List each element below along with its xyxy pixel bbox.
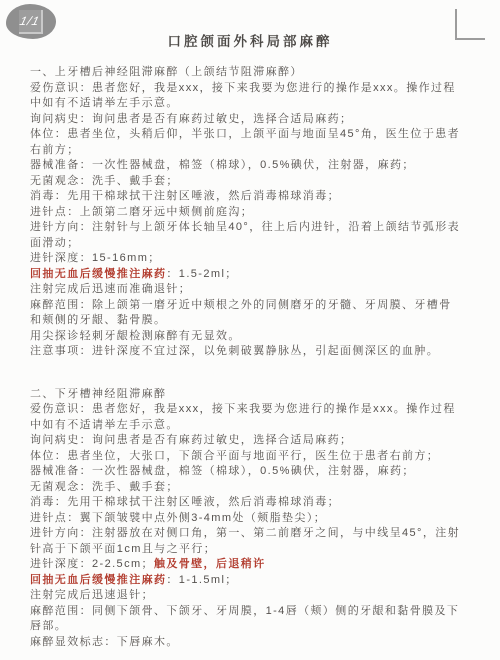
note-line: 回抽无血后缓慢推注麻药：1-1.5ml； — [30, 573, 478, 589]
note-line: 爱伤意识：患者您好，我是xxx，接下来我要为您进行的操作是xxx。操作过程 — [30, 402, 478, 418]
note-line: 中如有不适请举左手示意。 — [30, 418, 478, 434]
note-line: 麻醉显效标志：下唇麻木。 — [30, 635, 478, 651]
text-segment: 右前方； — [30, 144, 80, 156]
note-line: 面滑动； — [30, 236, 478, 252]
text-segment: 体位：患者坐位，头稍后仰，半张口，上颌平面与地面呈45°角，医生位于患者 — [30, 128, 460, 140]
text-segment: 进针点：翼下颌皱襞中点外侧3-4mm处（颊脂垫尖）； — [30, 512, 326, 524]
note-page: 1/1 口腔颌面外科局部麻醉 一、上牙槽后神经阻滞麻醉（上颌结节阻滞麻醉）爱伤意… — [0, 0, 500, 660]
note-line: 注射完成后迅速退针； — [30, 588, 478, 604]
note-line: 无菌观念：洗手、戴手套； — [30, 480, 478, 496]
highlight-text: 回抽无血后缓慢推注麻药 — [30, 574, 166, 586]
text-segment: 询问病史：询问患者是否有麻药过敏史，选择合适局麻药； — [30, 434, 352, 446]
note-line: 进针点：上颌第二磨牙远中颊侧前庭沟； — [30, 205, 478, 221]
note-line: 回抽无血后缓慢推注麻药：1.5-2ml； — [30, 267, 478, 283]
note-line: 进针点：翼下颌皱襞中点外侧3-4mm处（颊脂垫尖）； — [30, 511, 478, 527]
text-segment: 中如有不适请举左手示意。 — [30, 419, 179, 431]
note-line: 体位：患者坐位，大张口，下颌合平面与地面平行，医生位于患者右前方； — [30, 449, 478, 465]
note-line: 进针深度：15-16mm； — [30, 251, 478, 267]
text-segment: 进针方向：注射器放在对侧口角，第一、第二前磨牙之间，与中线呈45°，注射 — [30, 527, 460, 539]
text-segment: 注射完成后迅速退针； — [30, 589, 154, 601]
note-line: 进针方向：注射针与上颌牙体长轴呈40°，往上后内进针，沿着上颌结节弧形表 — [30, 220, 478, 236]
note-line: 唇部。 — [30, 619, 478, 635]
text-segment: 针高于下颌平面1cm且与之平行； — [30, 543, 216, 555]
text-segment: 麻醉范围：除上颌第一磨牙近中颊根之外的同侧磨牙的牙髓、牙周膜、牙槽骨 — [30, 299, 452, 311]
note-line: 用尖探诊轻刺牙龈检测麻醉有无显效。 — [30, 329, 478, 345]
note-line: 消毒：先用干棉球拭干注射区唾液，然后消毒棉球消毒； — [30, 495, 478, 511]
note-line: 针高于下颌平面1cm且与之平行； — [30, 542, 478, 558]
page-title: 口腔颌面外科局部麻醉 — [0, 30, 500, 50]
text-segment: 消毒：先用干棉球拭干注射区唾液，然后消毒棉球消毒； — [30, 190, 340, 202]
note-line: 麻醉范围：同侧下颌骨、下颌牙、牙周膜，1-4唇（颊）侧的牙龈和黏骨膜及下 — [30, 604, 478, 620]
text-segment: 进针深度：15-16mm； — [30, 252, 161, 264]
text-segment: 体位：患者坐位，大张口，下颌合平面与地面平行，医生位于患者右前方； — [30, 450, 439, 462]
text-segment: 麻醉范围：同侧下颌骨、下颌牙、牙周膜，1-4唇（颊）侧的牙龈和黏骨膜及下 — [30, 605, 459, 617]
note-line: 中如有不适请举左手示意。 — [30, 96, 478, 112]
note-line: 麻醉范围：除上颌第一磨牙近中颊根之外的同侧磨牙的牙髓、牙周膜、牙槽骨 — [30, 298, 478, 314]
note-line: 询问病史：询问患者是否有麻药过敏史，选择合适局麻药； — [30, 433, 478, 449]
text-segment: 爱伤意识：患者您好，我是xxx，接下来我要为您进行的操作是xxx。操作过程 — [30, 403, 456, 415]
text-segment: 询问病史：询问患者是否有麻药过敏史，选择合适局麻药； — [30, 113, 352, 125]
text-segment: 注意事项：进针深度不宜过深，以免刺破翼静脉丛，引起面侧深区的血肿。 — [30, 345, 439, 357]
section-heading: 一、上牙槽后神经阻滞麻醉（上颌结节阻滞麻醉） — [30, 65, 478, 81]
text-segment: 器械准备：一次性器械盘，棉签（棉球），0.5%碘伏，注射器，麻药； — [30, 465, 415, 477]
text-segment: ：1-1.5ml； — [166, 574, 237, 586]
note-line: 注意事项：进针深度不宜过深，以免刺破翼静脉丛，引起面侧深区的血肿。 — [30, 344, 478, 360]
text-segment: ：1.5-2ml； — [166, 268, 237, 280]
section-heading: 二、下牙槽神经阻滞麻醉 — [30, 387, 478, 403]
text-segment: 中如有不适请举左手示意。 — [30, 97, 179, 109]
note-line: 体位：患者坐位，头稍后仰，半张口，上颌平面与地面呈45°角，医生位于患者 — [30, 127, 478, 143]
text-segment: 进针方向：注射针与上颌牙体长轴呈40°，往上后内进针，沿着上颌结节弧形表 — [30, 221, 460, 233]
note-line: 进针深度：2-2.5cm；触及骨壁，后退稍许 — [30, 557, 478, 573]
text-segment: 无菌观念：洗手、戴手套； — [30, 481, 179, 493]
text-segment: 和颊侧的牙龈、黏骨膜。 — [30, 314, 166, 326]
note-line: 器械准备：一次性器械盘，棉签（棉球），0.5%碘伏，注射器，麻药； — [30, 464, 478, 480]
note-line: 器械准备：一次性器械盘，棉签（棉球），0.5%碘伏，注射器，麻药； — [30, 158, 478, 174]
text-segment: 进针点：上颌第二磨牙远中颊侧前庭沟； — [30, 206, 253, 218]
text-segment: 爱伤意识：患者您好，我是xxx，接下来我要为您进行的操作是xxx。操作过程 — [30, 82, 456, 94]
note-line: 询问病史：询问患者是否有麻药过敏史，选择合适局麻药； — [30, 112, 478, 128]
text-segment: 器械准备：一次性器械盘，棉签（棉球），0.5%碘伏，注射器，麻药； — [30, 159, 415, 171]
text-segment: 面滑动； — [30, 237, 80, 249]
page-number-label: 1/1 — [19, 15, 42, 27]
text-segment: 无菌观念：洗手、戴手套； — [30, 175, 179, 187]
note-line: 消毒：先用干棉球拭干注射区唾液，然后消毒棉球消毒； — [30, 189, 478, 205]
note-line: 爱伤意识：患者您好，我是xxx，接下来我要为您进行的操作是xxx。操作过程 — [30, 81, 478, 97]
note-line: 右前方； — [30, 143, 478, 159]
note-line: 无菌观念：洗手、戴手套； — [30, 174, 478, 190]
note-body: 一、上牙槽后神经阻滞麻醉（上颌结节阻滞麻醉）爱伤意识：患者您好，我是xxx，接下… — [30, 65, 478, 650]
text-segment: 唇部。 — [30, 620, 67, 632]
text-segment: 消毒：先用干棉球拭干注射区唾液，然后消毒棉球消毒； — [30, 496, 340, 508]
highlight-text: 触及骨壁，后退稍许 — [154, 558, 266, 570]
text-segment: 麻醉显效标志：下唇麻木。 — [30, 636, 179, 648]
note-line: 进针方向：注射器放在对侧口角，第一、第二前磨牙之间，与中线呈45°，注射 — [30, 526, 478, 542]
note-section-2: 二、下牙槽神经阻滞麻醉爱伤意识：患者您好，我是xxx，接下来我要为您进行的操作是… — [30, 387, 478, 651]
note-section-1: 一、上牙槽后神经阻滞麻醉（上颌结节阻滞麻醉）爱伤意识：患者您好，我是xxx，接下… — [30, 65, 478, 360]
text-segment: 进针深度：2-2.5cm； — [30, 558, 154, 570]
note-line: 和颊侧的牙龈、黏骨膜。 — [30, 313, 478, 329]
text-segment: 注射完成后迅速而准确退针； — [30, 283, 191, 295]
note-line: 注射完成后迅速而准确退针； — [30, 282, 478, 298]
text-segment: 用尖探诊轻刺牙龈检测麻醉有无显效。 — [30, 330, 241, 342]
highlight-text: 回抽无血后缓慢推注麻药 — [30, 268, 166, 280]
